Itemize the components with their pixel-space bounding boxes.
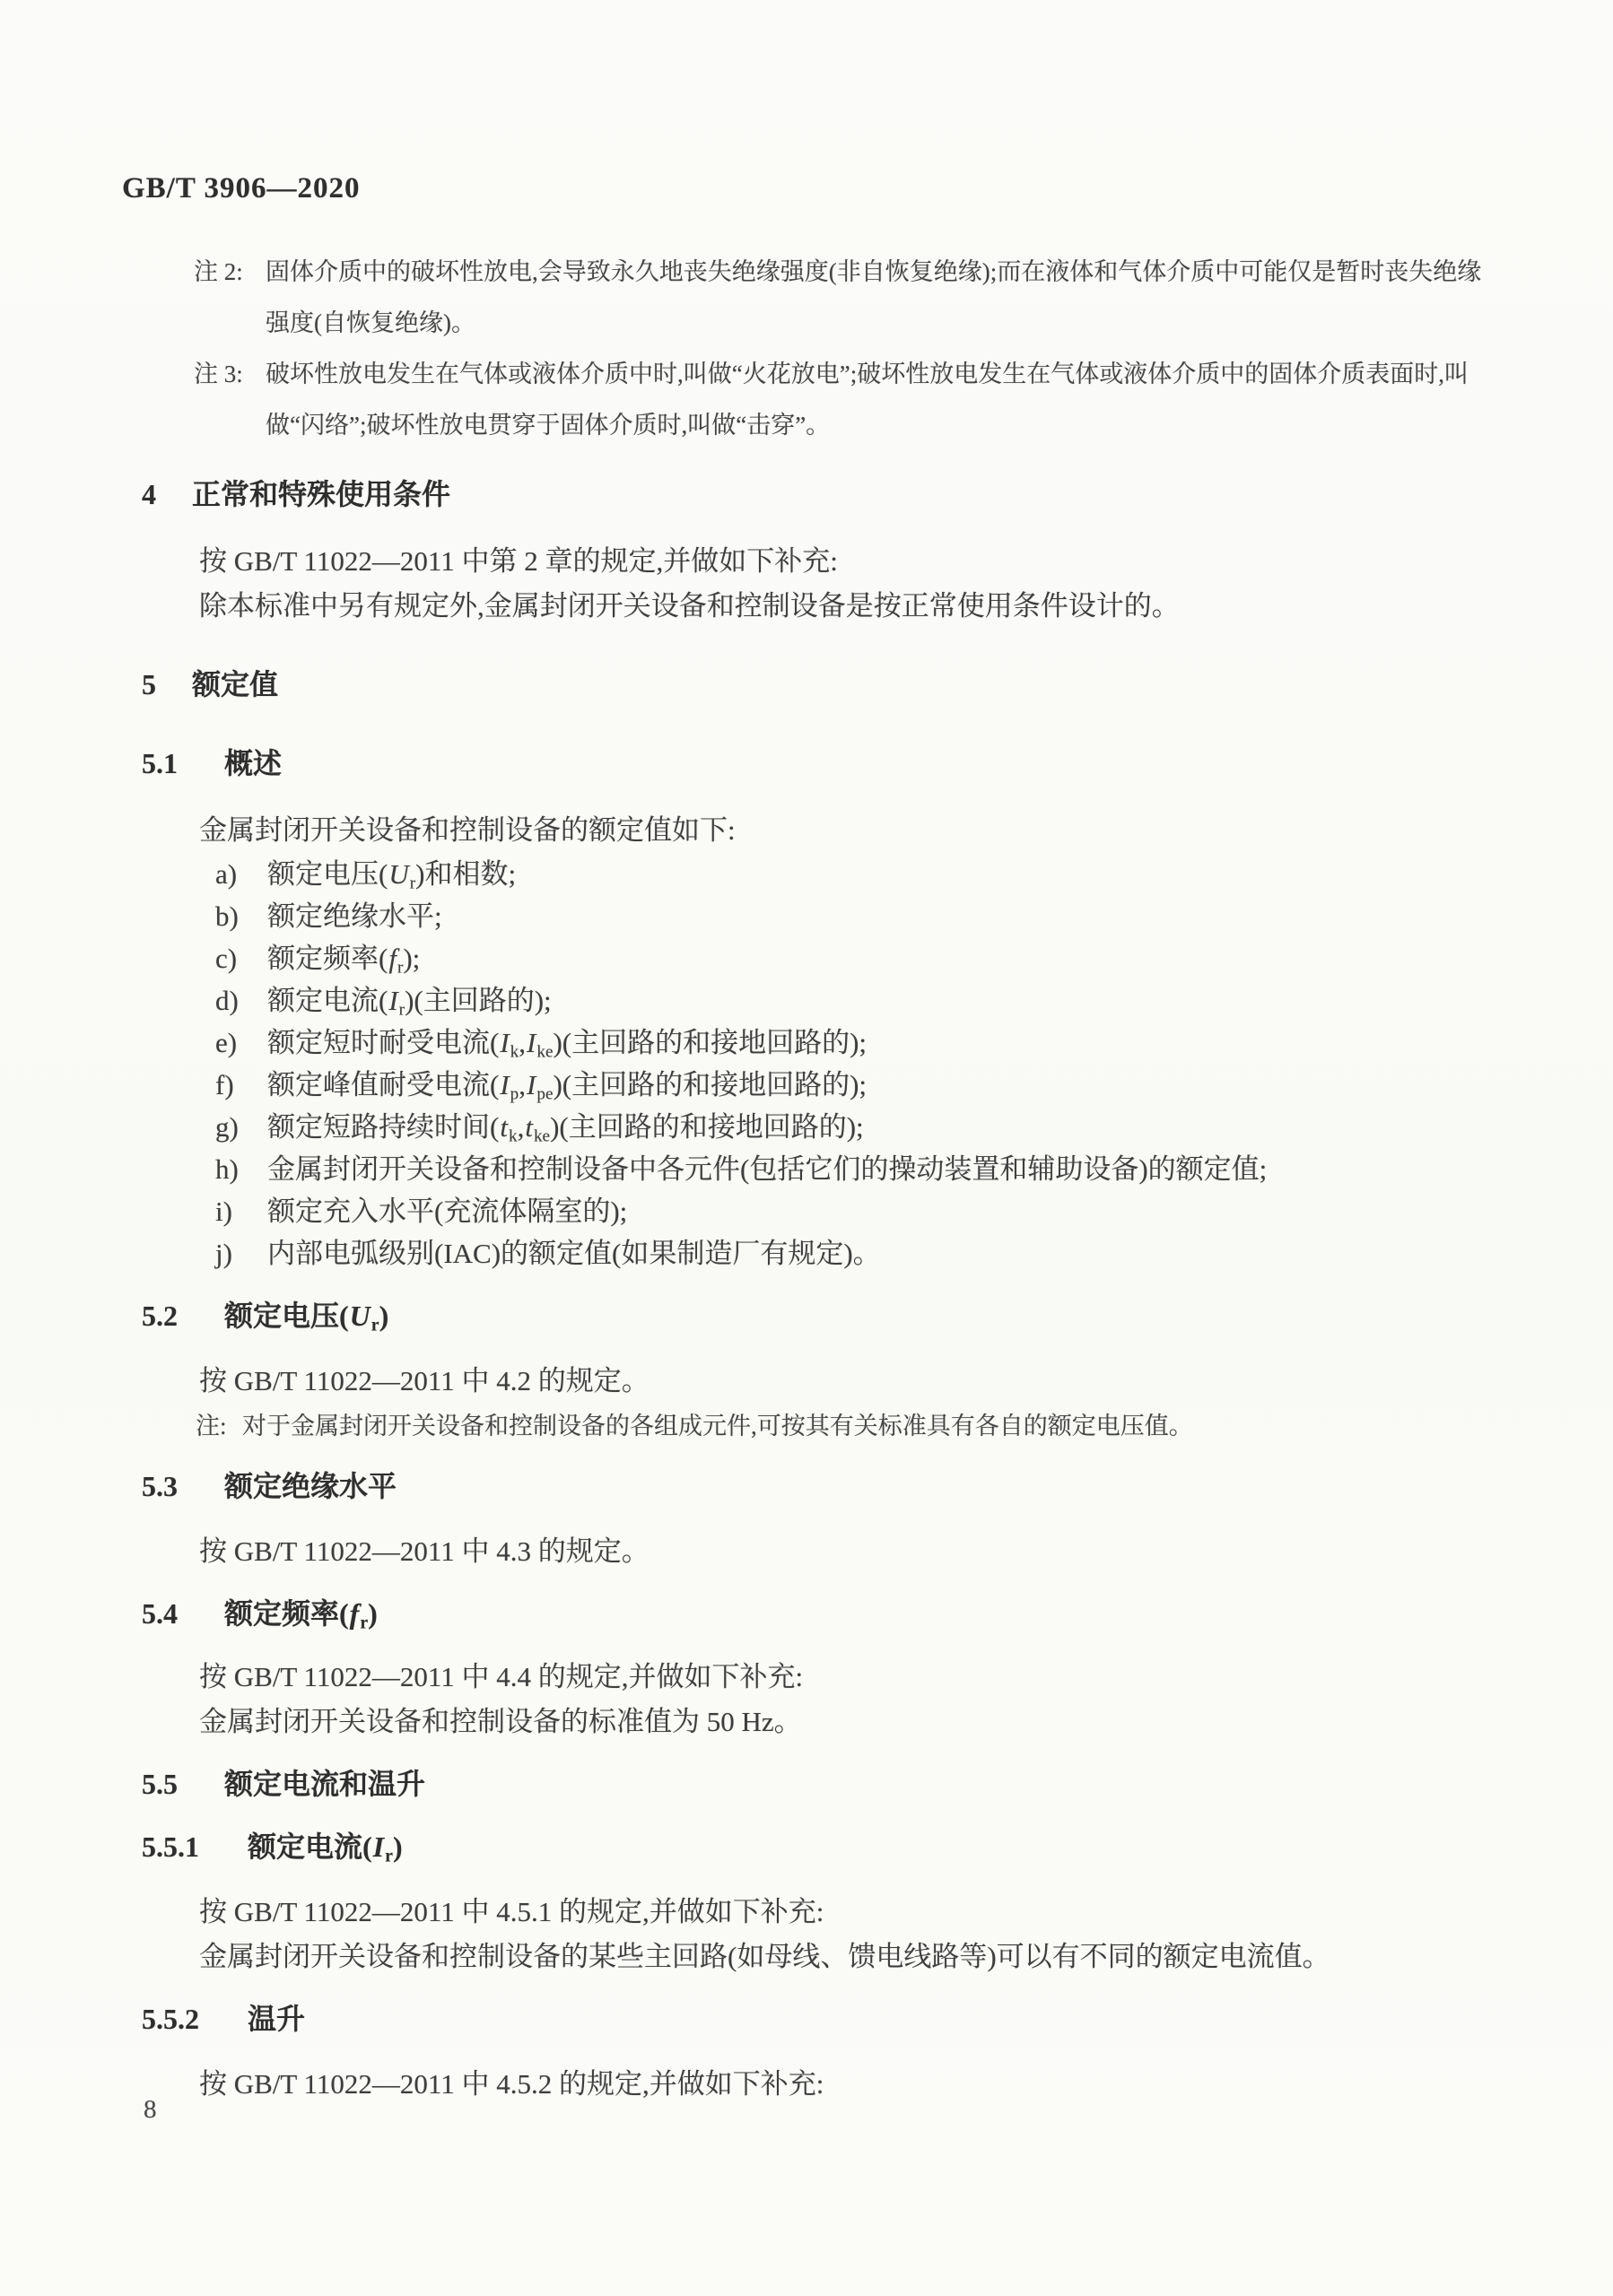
section-5-number: 5 xyxy=(142,665,192,704)
list-item-c-text: 额定频率(fr); xyxy=(267,943,420,974)
list-item-h-marker: h) xyxy=(215,1148,239,1190)
section-5-2-heading: 5.2额定电压(Ur) xyxy=(142,1296,1496,1335)
list-item-j-text: 内部电弧级别(IAC)的额定值(如果制造厂有规定)。 xyxy=(267,1238,881,1269)
document-page: GB/T 3906—2020 注 2: 固体介质中的破坏性放电,会导致永久地丧失… xyxy=(0,0,1613,2296)
section-5-4-paragraph-2: 金属封闭开关设备和控制设备的标准值为 50 Hz。 xyxy=(142,1700,1496,1744)
section-5-5-2-number: 5.5.2 xyxy=(142,1999,248,2039)
note-2-label: 注 2: xyxy=(194,247,243,298)
section-5-3-heading: 5.3额定绝缘水平 xyxy=(142,1466,1496,1506)
list-item-b-marker: b) xyxy=(215,895,239,937)
section-5-2-paragraph: 按 GB/T 11022—2011 中 4.2 的规定。 xyxy=(142,1359,1496,1404)
section-5-5-1-title: 额定电流(Ir) xyxy=(248,1831,403,1863)
list-item-g-text: 额定短路持续时间(tk,tke)(主回路的和接地回路的); xyxy=(267,1111,864,1143)
notes-block: 注 2: 固体介质中的破坏性放电,会导致永久地丧失绝缘强度(非自恢复绝缘);而在… xyxy=(194,247,1493,451)
section-5-4-paragraph-1: 按 GB/T 11022—2011 中 4.4 的规定,并做如下补充: xyxy=(142,1655,1496,1700)
section-5-5-heading: 5.5额定电流和温升 xyxy=(142,1764,1496,1804)
list-item-e-text: 额定短时耐受电流(Ik,Ike)(主回路的和接地回路的); xyxy=(267,1027,867,1058)
section-5-5-2-heading: 5.5.2温升 xyxy=(142,1999,1496,2039)
list-item-a-text: 额定电压(Ur)和相数; xyxy=(267,858,516,890)
section-5-5-title: 额定电流和温升 xyxy=(224,1768,425,1800)
note-3: 注 3: 破坏性放电发生在气体或液体介质中时,叫做“火花放电”;破坏性放电发生在… xyxy=(194,349,1493,451)
section-5-1-title: 概述 xyxy=(224,747,282,779)
list-item-b-text: 额定绝缘水平; xyxy=(267,900,442,932)
section-5-1-heading: 5.1概述 xyxy=(142,744,1496,783)
section-5-4-heading: 5.4额定频率(fr) xyxy=(142,1594,1496,1633)
list-item-j-marker: j) xyxy=(215,1232,232,1274)
page-number: 8 xyxy=(144,2095,157,2125)
section-5-1-intro: 金属封闭开关设备和控制设备的额定值如下: xyxy=(142,808,1496,853)
section-5-heading: 5额定值 xyxy=(142,665,1496,704)
list-item-c-marker: c) xyxy=(215,937,237,979)
list-item-e-marker: e) xyxy=(215,1022,237,1064)
list-item-d-marker: d) xyxy=(215,979,239,1022)
list-item-a-marker: a) xyxy=(215,853,237,895)
list-item-c: c)额定频率(fr); xyxy=(142,937,1496,979)
list-item-f-text: 额定峰值耐受电流(Ip,Ipe)(主回路的和接地回路的); xyxy=(267,1069,867,1100)
note-2-text: 固体介质中的破坏性放电,会导致永久地丧失绝缘强度(非自恢复绝缘);而在液体和气体… xyxy=(266,258,1481,336)
list-item-d: d)额定电流(Ir)(主回路的); xyxy=(142,979,1496,1022)
note-2: 注 2: 固体介质中的破坏性放电,会导致永久地丧失绝缘强度(非自恢复绝缘);而在… xyxy=(194,247,1493,349)
list-item-g-marker: g) xyxy=(215,1106,239,1148)
section-5-5-2-title: 温升 xyxy=(248,2003,305,2035)
section-5-3-title: 额定绝缘水平 xyxy=(224,1470,397,1502)
section-4-paragraph-1: 按 GB/T 11022—2011 中第 2 章的规定,并做如下补充: xyxy=(142,539,1496,584)
section-4-paragraph-2: 除本标准中另有规定外,金属封闭开关设备和控制设备是按正常使用条件设计的。 xyxy=(142,584,1496,629)
section-5-5-1-paragraph-2: 金属封闭开关设备和控制设备的某些主回路(如母线、馈电线路等)可以有不同的额定电流… xyxy=(142,1935,1496,1979)
section-5-2-title: 额定电压(Ur) xyxy=(224,1300,388,1332)
list-item-g: g)额定短路持续时间(tk,tke)(主回路的和接地回路的); xyxy=(142,1106,1496,1148)
section-5-title: 额定值 xyxy=(192,668,278,700)
section-5-4-title: 额定频率(fr) xyxy=(224,1597,378,1630)
section-5-2-number: 5.2 xyxy=(142,1296,224,1335)
note-3-text: 破坏性放电发生在气体或液体介质中时,叫做“火花放电”;破坏性放电发生在气体或液体… xyxy=(266,361,1469,439)
section-5-1-number: 5.1 xyxy=(142,744,224,783)
section-5-5-1-paragraph-1: 按 GB/T 11022—2011 中 4.5.1 的规定,并做如下补充: xyxy=(142,1890,1496,1935)
standard-number-header: GB/T 3906—2020 xyxy=(122,172,1496,205)
list-item-i-text: 额定充入水平(充流体隔室的); xyxy=(267,1196,627,1227)
section-4-heading: 4正常和特殊使用条件 xyxy=(142,474,1496,514)
section-4-number: 4 xyxy=(142,474,192,514)
section-5-5-1-heading: 5.5.1额定电流(Ir) xyxy=(142,1827,1496,1866)
note-3-label: 注 3: xyxy=(194,349,243,400)
list-item-d-text: 额定电流(Ir)(主回路的); xyxy=(267,985,552,1016)
list-item-b: b)额定绝缘水平; xyxy=(142,895,1496,937)
section-5-3-number: 5.3 xyxy=(142,1466,224,1506)
list-item-h-text: 金属封闭开关设备和控制设备中各元件(包括它们的操动装置和辅助设备)的额定值; xyxy=(267,1153,1267,1185)
section-5-3-paragraph: 按 GB/T 11022—2011 中 4.3 的规定。 xyxy=(142,1529,1496,1574)
list-item-a: a)额定电压(Ur)和相数; xyxy=(142,853,1496,895)
section-5-5-2-paragraph-1: 按 GB/T 11022—2011 中 4.5.2 的规定,并做如下补充: xyxy=(142,2062,1496,2107)
section-5-2-note-text: 对于金属封闭开关设备和控制设备的各组成元件,可按其有关标准具有各自的额定电压值。 xyxy=(242,1413,1193,1439)
section-4-title: 正常和特殊使用条件 xyxy=(192,478,450,510)
list-item-i: i)额定充入水平(充流体隔室的); xyxy=(142,1190,1496,1232)
list-item-e: e)额定短时耐受电流(Ik,Ike)(主回路的和接地回路的); xyxy=(142,1022,1496,1064)
list-item-f: f)额定峰值耐受电流(Ip,Ipe)(主回路的和接地回路的); xyxy=(142,1064,1496,1106)
section-5-5-1-number: 5.5.1 xyxy=(142,1827,248,1866)
rated-values-list: a)额定电压(Ur)和相数; b)额定绝缘水平; c)额定频率(fr); d)额… xyxy=(142,853,1496,1274)
section-5-4-number: 5.4 xyxy=(142,1594,224,1633)
section-5-5-number: 5.5 xyxy=(142,1764,224,1804)
list-item-f-marker: f) xyxy=(215,1064,234,1106)
list-item-h: h)金属封闭开关设备和控制设备中各元件(包括它们的操动装置和辅助设备)的额定值; xyxy=(142,1148,1496,1190)
list-item-j: j)内部电弧级别(IAC)的额定值(如果制造厂有规定)。 xyxy=(142,1232,1496,1274)
list-item-i-marker: i) xyxy=(215,1190,232,1232)
section-5-2-note-label: 注: xyxy=(196,1404,227,1448)
section-5-2-note: 注: 对于金属封闭开关设备和控制设备的各组成元件,可按其有关标准具有各自的额定电… xyxy=(196,1404,1498,1448)
